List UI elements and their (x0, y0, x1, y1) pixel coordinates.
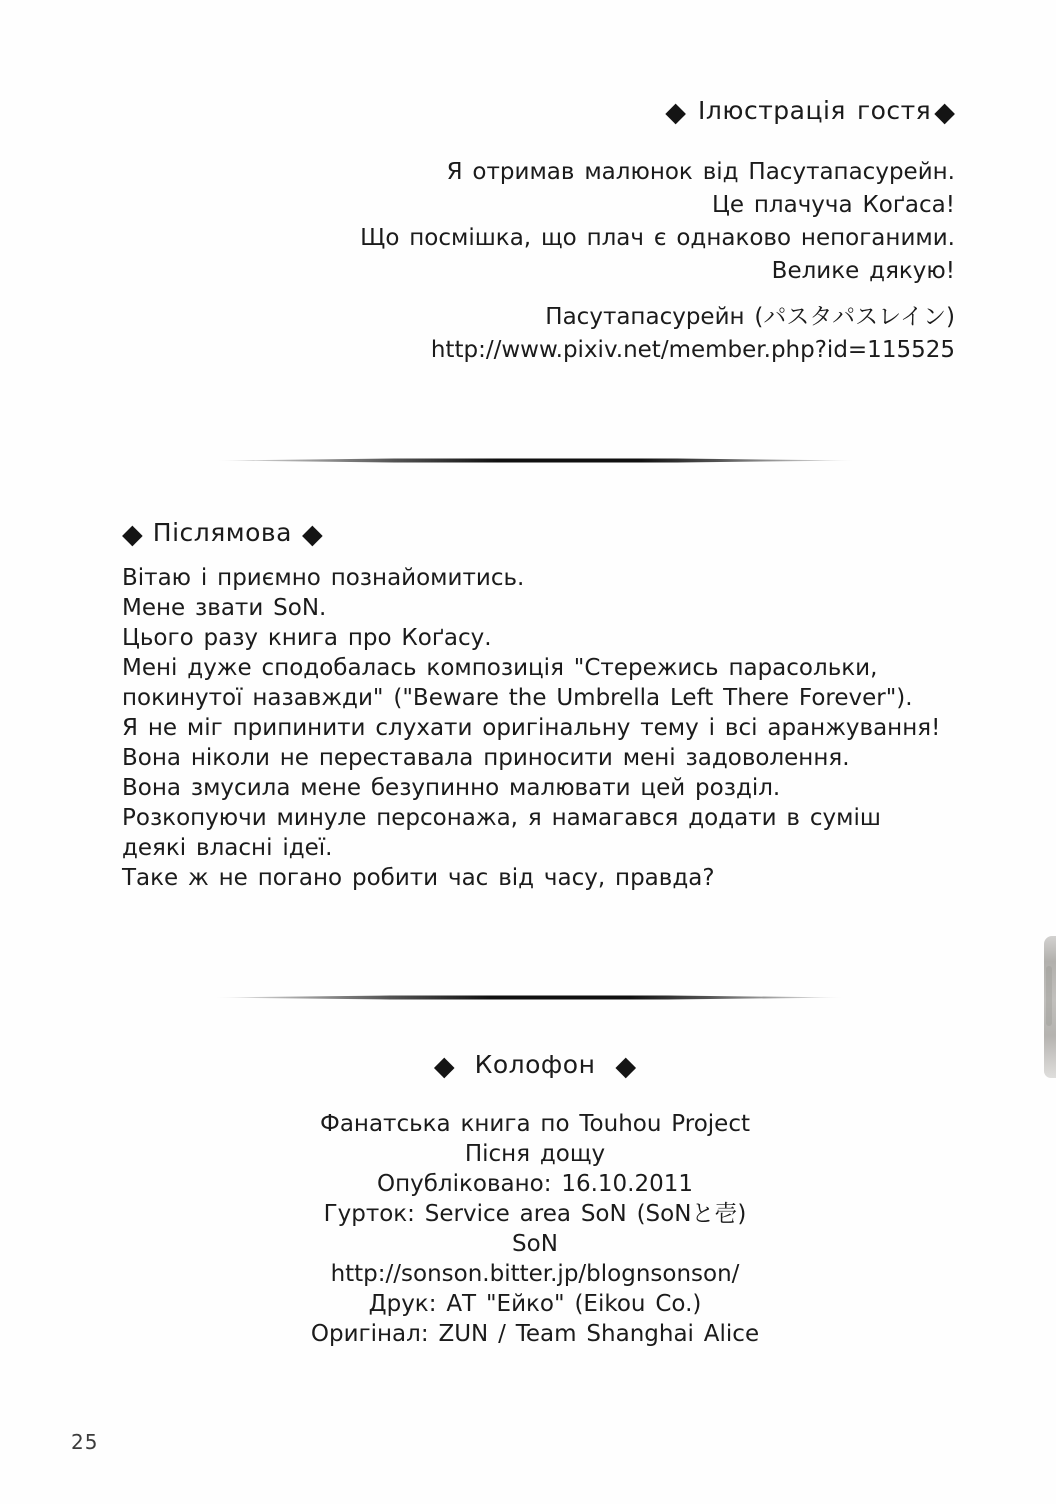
text-line: Я отримав малюнок від Пасутапасурейн. (360, 156, 955, 189)
text-line: Велике дякую! (360, 255, 955, 288)
colophon-circle: Гурток: Service area SoN (SoNと壱) (14, 1199, 1056, 1229)
guest-illustration-title: Ілюстрація гостя (698, 96, 931, 125)
colophon-publish-date: Опубліковано: 16.10.2011 (14, 1169, 1056, 1199)
afterword-section: ◆Післямова◆ Вітаю і приємно познайомитис… (122, 518, 940, 893)
text-line: Розкопуючи минуле персонажа, я намагався… (122, 803, 940, 833)
colophon-book-type: Фанатська книга по Touhou Project (14, 1109, 1056, 1139)
colophon-section: ◆Колофон◆ Фанатська книга по Touhou Proj… (14, 1050, 1056, 1349)
diamond-icon: ◆ (615, 1051, 636, 1082)
scanned-afterword-page: ◆Ілюстрація гостя◆ Я отримав малюнок від… (0, 0, 1056, 1504)
text-line: Це плачуча Коґаса! (360, 189, 955, 222)
page-number: 25 (71, 1430, 98, 1454)
colophon-original: Оригінал: ZUN / Team Shanghai Alice (14, 1319, 1056, 1349)
text-line: Я не міг припинити слухати оригінальну т… (122, 713, 940, 743)
diamond-icon: ◆ (302, 519, 323, 550)
text-line: Вітаю і приємно познайомитись. (122, 563, 940, 593)
afterword-heading: ◆Післямова◆ (122, 518, 940, 548)
text-line: Вона змусила мене безупинно малювати цей… (122, 773, 940, 803)
scan-artifact-smudge (1044, 936, 1056, 1078)
guest-artist-credit: Пасутапасурейн (パスタパスレイン) http://www.pix… (360, 301, 955, 367)
text-line: Цього разу книга про Коґасу. (122, 623, 940, 653)
guest-artist-url: http://www.pixiv.net/member.php?id=11552… (360, 334, 955, 367)
colophon-title: Колофон (475, 1050, 596, 1079)
diamond-icon: ◆ (934, 97, 955, 128)
guest-illustration-section: ◆Ілюстрація гостя◆ Я отримав малюнок від… (360, 96, 955, 367)
text-line: Мені дуже сподобалась композиція "Стереж… (122, 653, 940, 683)
section-divider (215, 458, 857, 463)
colophon-heading: ◆Колофон◆ (14, 1050, 1056, 1080)
guest-illustration-text: Я отримав малюнок від Пасутапасурейн. Це… (360, 156, 955, 288)
section-divider (213, 995, 845, 1000)
text-line: покинутої назавжди" ("Beware the Umbrell… (122, 683, 940, 713)
colophon-url: http://sonson.bitter.jp/blognsonson/ (14, 1259, 1056, 1289)
guest-artist-name: Пасутапасурейн (パスタパスレイン) (360, 301, 955, 334)
text-line: Таке ж не погано робити час від часу, пр… (122, 863, 940, 893)
text-line: Вона ніколи не переставала приносити мен… (122, 743, 940, 773)
diamond-icon: ◆ (665, 97, 686, 128)
guest-illustration-heading: ◆Ілюстрація гостя◆ (360, 96, 955, 126)
text-line: Що посмішка, що плач є однаково непогани… (360, 222, 955, 255)
colophon-book-title: Пісня дощу (14, 1139, 1056, 1169)
text-line: деякі власні ідеї. (122, 833, 940, 863)
afterword-title: Післямова (153, 518, 292, 547)
colophon-author: SoN (14, 1229, 1056, 1259)
diamond-icon: ◆ (122, 519, 143, 550)
text-line: Мене звати SoN. (122, 593, 940, 623)
colophon-text: Фанатська книга по Touhou Project Пісня … (14, 1109, 1056, 1349)
colophon-printer: Друк: АТ "Ейко" (Eikou Co.) (14, 1289, 1056, 1319)
afterword-text: Вітаю і приємно познайомитись. Мене зват… (122, 563, 940, 893)
diamond-icon: ◆ (434, 1051, 455, 1082)
